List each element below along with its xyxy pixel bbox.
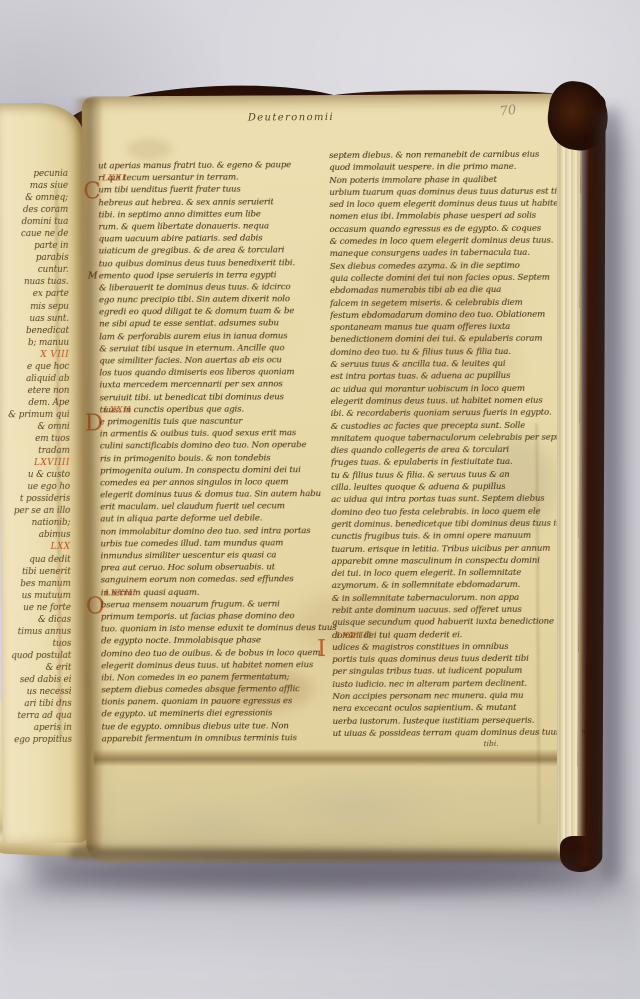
line-text: bserua mensem nouarum frugum. & uerni bbox=[101, 598, 280, 611]
line-text: e primogenitis tuis que nascuntur bbox=[100, 415, 243, 428]
line-text: & omneq; bbox=[25, 192, 68, 204]
line-text: udices & magistros constitues in omnibus bbox=[332, 641, 509, 654]
line-text: etere non bbox=[27, 385, 69, 397]
line-text: ibi. Non comedes in eo panem fermentatum… bbox=[101, 671, 289, 684]
line-text: aliquid ab bbox=[26, 373, 69, 385]
line-text: sed dabis ei bbox=[20, 674, 72, 686]
line-text: Sex diebus comedes azyma. & in die septi… bbox=[330, 260, 520, 273]
line-text: falcem in segetem miseris. & celebrabis … bbox=[330, 296, 523, 309]
manuscript-text-line: ut uiuas & possideas terram quam dominus… bbox=[333, 727, 567, 741]
line-text: ego nunc precipio tibi. Sin autem dixeri… bbox=[99, 293, 290, 306]
line-text: nera excecant oculos sapientium. & mutan… bbox=[332, 702, 516, 715]
right-page-folio-70: Deuteronomii 70 ut aperias manus fratri … bbox=[82, 93, 585, 862]
manuscript-text-line: apparebit fermentum in omnibus terminis … bbox=[102, 732, 320, 746]
line-text: bes manum bbox=[20, 577, 71, 589]
line-text: apparebit fermentum in omnibus terminis … bbox=[102, 732, 297, 745]
line-text: LXX bbox=[51, 541, 71, 553]
line-text: & liberauerit te dominus deus tuus. & id… bbox=[99, 281, 291, 294]
line-text: LXVIIII bbox=[34, 457, 70, 469]
line-text: timus annus bbox=[18, 626, 71, 638]
line-text: tue de egypto. omnibus diebus uite tue. … bbox=[101, 720, 288, 733]
parchment-stain bbox=[126, 138, 172, 160]
line-text: benedicat bbox=[26, 324, 69, 336]
line-text: qua dedit bbox=[29, 553, 70, 565]
manuscript-text-line: pecunia bbox=[0, 168, 68, 181]
folio-number-pencil: 70 bbox=[499, 101, 531, 121]
line-text: nuas tuas. bbox=[24, 276, 69, 288]
line-text: iusto iudicio. nec in alteram partem dec… bbox=[332, 678, 527, 691]
line-text: Non accipies personam nec munera. quia m… bbox=[332, 690, 523, 703]
book-shadow-bottom bbox=[40, 856, 590, 890]
line-text: parte in bbox=[34, 240, 68, 252]
line-text: abimus bbox=[39, 529, 71, 541]
line-text: de egypto. ut memineris diei egressionis bbox=[101, 708, 272, 721]
left-page-edge: pecuniamas siue& omneq;des coramdomini t… bbox=[0, 103, 89, 844]
line-text: caue ne de bbox=[21, 228, 68, 240]
backdrop-shading bbox=[0, 880, 640, 999]
line-text: tibi uenerit bbox=[22, 565, 71, 577]
line-text: ari tibi dns bbox=[24, 698, 71, 710]
line-text: ac uidua qui morantur uobiscum in loco q… bbox=[330, 382, 524, 395]
line-text: prea aut ceruo. Hoc solum obseruabis. ut bbox=[101, 562, 276, 575]
line-text: X VIII bbox=[40, 349, 69, 361]
line-text: cilla. leuites quoque & aduena & pupillu… bbox=[331, 481, 506, 494]
line-text: ris in primogenito bouis. & non tondebis bbox=[100, 452, 271, 465]
line-text: tradam bbox=[38, 445, 70, 457]
line-text: ut uiuas & possideas terram quam dominus… bbox=[333, 726, 594, 740]
line-text: comedes ea per annos singulos in loco qu… bbox=[100, 476, 288, 489]
line-text: emento quod ipse seruieris in terra egyp… bbox=[99, 269, 277, 282]
line-text: u & custo bbox=[28, 469, 70, 481]
line-text: quam uacuum abire patiaris. sed dabis bbox=[99, 233, 263, 246]
line-text: uas sunt. bbox=[29, 312, 69, 324]
chapter-numeral-rubric: LXXIIII bbox=[332, 629, 372, 642]
text-column-left: ut aperias manus fratri tuo. & egeno & p… bbox=[98, 159, 320, 748]
line-text: per se an illo bbox=[14, 505, 70, 517]
line-text: us mutuum bbox=[22, 589, 71, 601]
line-text: terra ad qua bbox=[17, 710, 71, 722]
line-text: & dicas bbox=[38, 614, 71, 626]
line-text: rebit ante dominum uacuus. sed offeret u… bbox=[332, 604, 522, 617]
line-text: per singulas tribus tuas. ut iudicent po… bbox=[332, 665, 522, 678]
line-text: domino deo tuo. tu & filius tuus & filia… bbox=[330, 346, 511, 359]
chapter-numeral-rubric: LXXII bbox=[100, 404, 132, 416]
line-text: tionis panem. quoniam in pauore egressus… bbox=[101, 696, 292, 709]
line-text: des coram bbox=[23, 204, 68, 216]
line-text: dies quando collegeris de area & torcula… bbox=[331, 444, 509, 457]
text-column-right: septem diebus. & non remanebit de carnib… bbox=[329, 149, 567, 742]
line-text: de egypto nocte. Immolabisque phase bbox=[101, 635, 261, 648]
line-text: ebdomadas numerabis tibi ab ea die qua bbox=[330, 284, 501, 297]
line-text: ego propitius bbox=[14, 734, 72, 746]
line-text: b; manuu bbox=[28, 336, 69, 348]
line-text: fruges tuas. & epulaberis in festiuitate… bbox=[331, 456, 513, 469]
line-text: dem. Ape bbox=[28, 397, 69, 409]
line-text: ue ego ho bbox=[27, 481, 70, 493]
line-text: iuxta mercedem mercennarii per sex annos bbox=[99, 379, 282, 392]
line-text: aut in aliqua parte deforme uel debile. bbox=[100, 513, 262, 526]
illuminated-initial: I bbox=[317, 638, 326, 660]
line-text: urbis tue comedes illud. tam mundus quam bbox=[100, 537, 283, 550]
line-text: aperis in bbox=[34, 722, 72, 734]
line-text: inmundus similiter uescentur eis quasi c… bbox=[100, 549, 276, 562]
line-text: em tuos bbox=[35, 433, 70, 445]
line-text: ne sibi apud te esse sentiat. adsumes su… bbox=[99, 318, 279, 331]
line-text: cuntur. bbox=[38, 264, 69, 276]
line-text: quod immolauit uespere. in die primo man… bbox=[329, 161, 516, 174]
folded-bottom-margin bbox=[90, 762, 581, 860]
line-text: parabis bbox=[36, 252, 69, 264]
line-text: & primum qui bbox=[8, 409, 69, 421]
line-text: mas siue bbox=[30, 180, 68, 192]
line-text: est intra portas tuas. & aduena ac pupil… bbox=[330, 370, 510, 383]
line-text: erit maculam. uel claudum fuerit uel cec… bbox=[100, 501, 285, 514]
line-text: mis sepu bbox=[30, 300, 69, 312]
line-text: hebreus aut hebrea. & sex annis seruieri… bbox=[98, 196, 273, 209]
line-text: ue ne forte bbox=[23, 601, 71, 613]
line-text: quod postulat bbox=[11, 650, 71, 662]
line-text: domini tua bbox=[21, 216, 68, 228]
line-text: & in sollemnitate tabernaculorum. non ap… bbox=[332, 592, 519, 605]
manuscript-photograph: pecuniamas siue& omneq;des coramdomini t… bbox=[0, 0, 640, 999]
line-text: rum. & quem libertate donaueris. nequa bbox=[98, 220, 269, 233]
book-shadow-right bbox=[600, 110, 620, 880]
line-text: spontaneam manus tue quam offeres iuxta bbox=[330, 321, 510, 334]
line-text: t possideris bbox=[20, 493, 70, 505]
line-text: & custodies ac facies que precepta sunt.… bbox=[331, 419, 525, 432]
line-text: pecunia bbox=[33, 168, 68, 180]
line-text: um tibi uenditus fuerit frater tuus bbox=[98, 184, 241, 197]
line-text: seruiuit tibi. ut benedicat tibi dominus… bbox=[99, 391, 283, 404]
line-text: azymorum. & in sollemnitate ebdomadarum. bbox=[332, 579, 521, 592]
line-text: portis tuis quas dominus deus tuus deder… bbox=[332, 653, 529, 666]
line-text: tu & filius tuus & filia. & seruus tuus … bbox=[331, 469, 510, 482]
line-text: Non poteris immolare phase in qualibet bbox=[329, 174, 497, 187]
line-text: que similiter facies. Non auertas ab eis… bbox=[99, 354, 281, 367]
line-text: uiaticum de gregibus. & de area & torcul… bbox=[99, 245, 285, 258]
line-text: tibi. in septimo anno dimittes eum libe bbox=[98, 208, 260, 221]
line-text: & omni bbox=[37, 421, 69, 433]
catchword: tibi. bbox=[484, 739, 524, 749]
line-text: & seruiat tibi usque in eternum. Ancille… bbox=[99, 342, 284, 355]
line-text: tuos bbox=[53, 638, 72, 650]
line-text: lam & perforabis aurem eius in ianua dom… bbox=[99, 330, 287, 343]
chapter-numeral-rubric: LXXI bbox=[98, 172, 126, 184]
line-text: dei tui. in loco quem elegerit. In solle… bbox=[332, 567, 522, 580]
line-text: ex parte bbox=[33, 288, 69, 300]
margin-capital: M bbox=[88, 270, 99, 282]
line-text: e que hoc bbox=[27, 361, 69, 373]
line-text: nationib; bbox=[32, 517, 71, 529]
line-text: & seruus tuus & ancilla tua. & leuites q… bbox=[330, 358, 505, 371]
running-header: Deuteronomii bbox=[248, 112, 388, 127]
chapter-numeral-rubric: LXXIII bbox=[101, 587, 137, 599]
line-text: us necessi bbox=[27, 686, 72, 698]
